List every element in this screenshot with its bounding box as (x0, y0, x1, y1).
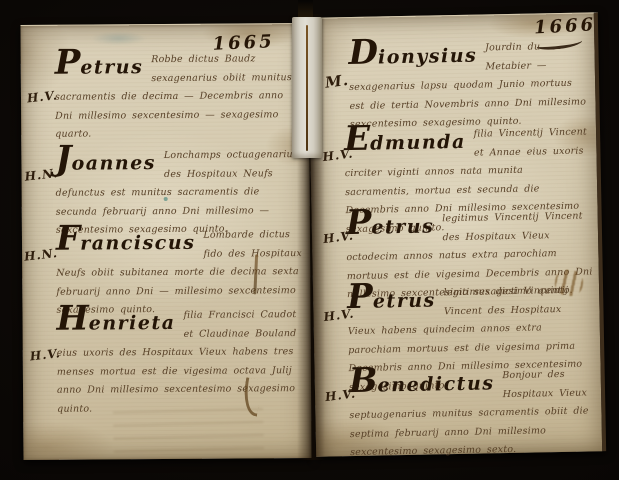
binding-cord (306, 25, 308, 151)
year-heading: 1666 (534, 14, 597, 38)
margin-annotation: M. (324, 71, 350, 92)
entry-name: Franciscus (56, 227, 196, 255)
binding-tape (292, 17, 322, 158)
register-entry: DionysiusJourdin du Metabier — sexagenar… (348, 37, 588, 134)
entry-name: Petrus (55, 51, 144, 79)
paper-stain (91, 31, 147, 45)
entry-name: Edmunda (344, 126, 466, 155)
entry-name: Petrus (346, 210, 435, 239)
entry-name: Dionysius (348, 40, 477, 69)
register-page-right: 1666 DionysiusJourdin du Metabier — sexa… (308, 12, 606, 456)
entry-name: Henrieta (56, 307, 175, 335)
register-entry: Henrietafilia Francisci Caudot et Claudi… (56, 306, 303, 419)
ink-bleedthrough (113, 401, 264, 453)
manuscript-scan: 1665 PetrusRobbe dictus Baudz sexagenari… (0, 0, 619, 480)
entry-name: Petrus (347, 284, 436, 313)
entry-name: Benedictus (349, 367, 495, 397)
entry-name: Joannes (55, 147, 156, 175)
register-entry: BenedictusBonjour des Hospitaux Vieux se… (349, 365, 597, 462)
margin-annotation: H.N. (24, 166, 59, 184)
register-page-left: 1665 PetrusRobbe dictus Baudz sexagenari… (20, 23, 311, 460)
margin-annotation: H.V. (26, 88, 58, 105)
margin-annotation: H.N. (23, 246, 58, 264)
register-entry: PetrusRobbe dictus Baudz sexagenarius ob… (55, 50, 302, 144)
